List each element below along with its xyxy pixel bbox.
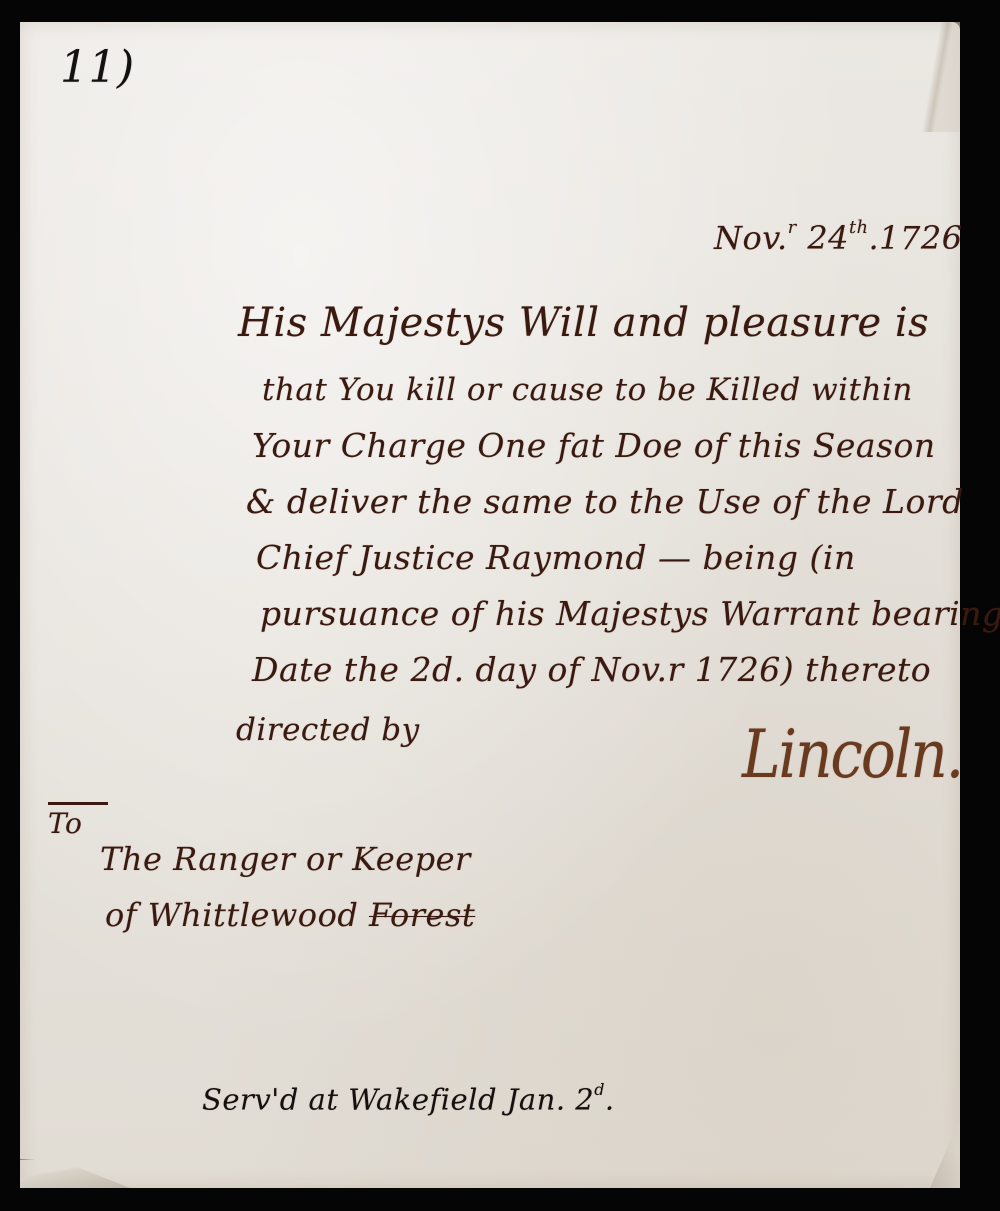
folio-number: 11) [60,42,135,93]
endorsement-text: Serv'd at Wakefield Jan. [202,1082,566,1116]
date-month: Nov. [714,219,788,257]
page-curl-bottom-left [20,1159,130,1188]
date-day: 24 [807,219,849,257]
signature: Lincoln. [742,715,962,793]
body-line: directed by [236,712,420,748]
date-day-suffix: th [849,218,868,238]
body-line: His Majestys Will and pleasure is [238,300,929,346]
address-line-1: The Ranger or Keeper [100,840,471,878]
address-line-2: of Whittlewood Forest [105,896,475,934]
document-date: Nov.r 24th.1726 [714,218,963,257]
body-line: that You kill or cause to be Killed with… [262,372,913,408]
address-line-2-text: of Whittlewood [105,896,358,934]
body-line: Chief Justice Raymond — being (in [256,538,856,577]
address-struck-word: Forest [369,896,475,934]
endorsement-day: 2 [575,1082,594,1116]
endorsement-day-suffix: d [594,1080,605,1099]
body-line: & deliver the same to the Use of the Lor… [246,482,964,521]
endorsement-trailing: . [605,1082,615,1116]
body-line: Date the 2d. day of Nov.r 1726) thereto [252,650,931,689]
address-to-label: To [48,802,108,840]
body-line: Your Charge One fat Doe of this Season [252,426,936,465]
endorsement-note: Serv'd at Wakefield Jan. 2d. [202,1080,615,1116]
date-month-superscript: r [788,218,797,238]
page-curl-bottom-right [930,1118,960,1188]
body-line: pursuance of his Majestys Warrant bearin… [260,594,1000,633]
date-year: 1726 [879,219,962,257]
page-fold-corner [915,22,960,132]
